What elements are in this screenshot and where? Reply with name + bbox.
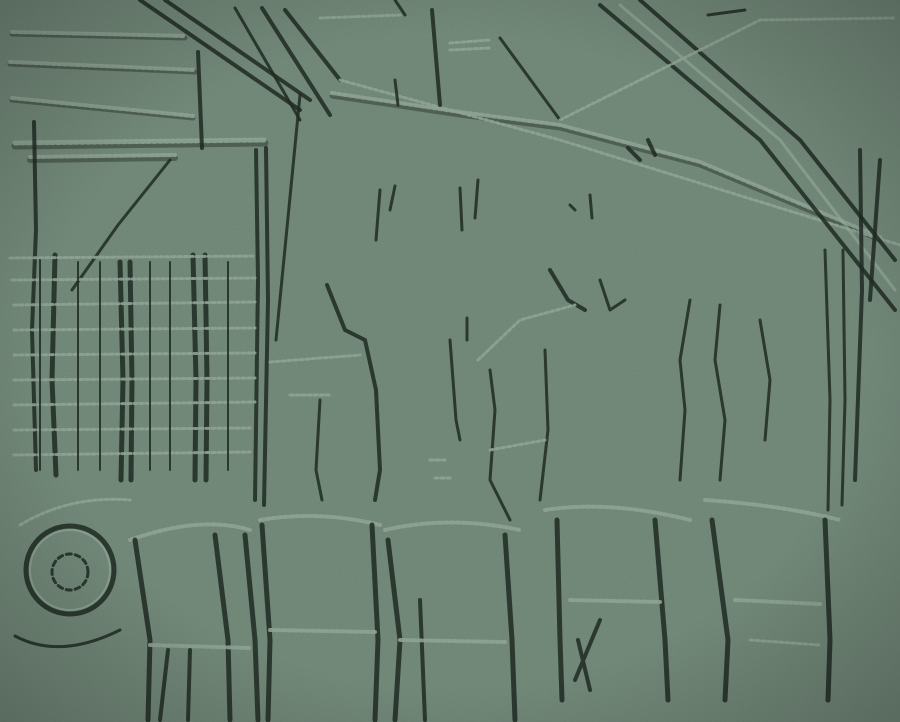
embossed-artwork	[0, 0, 900, 722]
relief-drawing	[0, 0, 900, 722]
